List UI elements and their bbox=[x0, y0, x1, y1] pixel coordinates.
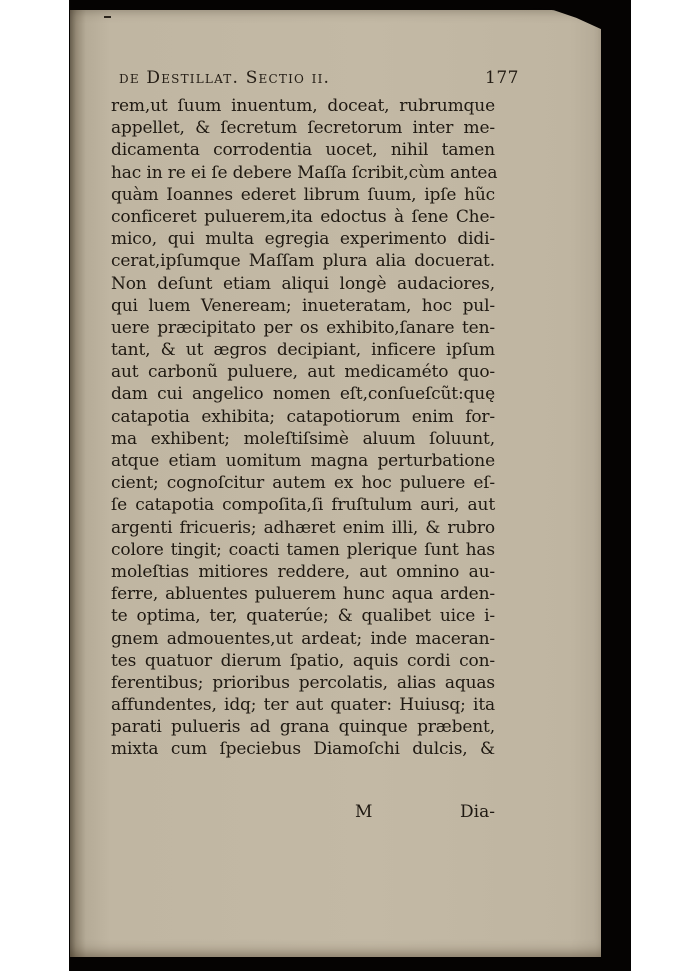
text-line: dicamenta corrodentia uocet, nihil tamen bbox=[111, 139, 495, 161]
text-line: ferre, abluentes puluerem hunc aqua arde… bbox=[111, 583, 495, 605]
running-head: de Destillat. Sectio ii. 177 bbox=[119, 68, 519, 92]
text-line: moleſtias mitiores reddere, aut omnino a… bbox=[111, 561, 495, 583]
text-line: atque etiam uomitum magna perturbatione bbox=[111, 450, 495, 472]
text-line: ſe catapotia compoſita,ſi fruſtulum auri… bbox=[111, 494, 495, 516]
text-line: ferentibus; prioribus percolatis, alias … bbox=[111, 672, 495, 694]
text-line: colore tingit; coacti tamen plerique ſun… bbox=[111, 539, 495, 561]
text-line: parati pulueris ad grana quinque præbent… bbox=[111, 716, 495, 738]
text-line: hac in re ei ſe debere Maſſa ſcribit,cùm… bbox=[111, 162, 495, 184]
text-line: ma exhibent; moleſtiſsimè aluum ſoluunt, bbox=[111, 428, 495, 450]
text-line: tant, & ut ægros decipiant, inficere ipſ… bbox=[111, 339, 495, 361]
text-line: dam cui angelico nomen eſt,conſueſcũt:qu… bbox=[111, 383, 495, 405]
ink-speck bbox=[104, 16, 111, 18]
text-line: mico, qui multa egregia experimento didi… bbox=[111, 228, 495, 250]
signature-mark: M bbox=[355, 802, 372, 822]
text-line: cerat,ipſumque Maſſam plura alia docuera… bbox=[111, 250, 495, 272]
page-footer: M Dia- bbox=[111, 802, 495, 824]
text-line: argenti fricueris; adhæret enim illi, & … bbox=[111, 517, 495, 539]
text-line: quàm Ioannes ederet librum ſuum, ipſe hũ… bbox=[111, 184, 495, 206]
text-line: cient; cognoſcitur autem ex hoc puluere … bbox=[111, 472, 495, 494]
text-line: uere præcipitato per os exhibito,ſanare … bbox=[111, 317, 495, 339]
running-head-title: de Destillat. Sectio ii. bbox=[119, 68, 330, 88]
text-line: conficeret puluerem,ita edoctus à ſene C… bbox=[111, 206, 495, 228]
folded-page-corner bbox=[533, 8, 603, 30]
body-text: rem,ut ſuum inuentum, doceat, rubrumque … bbox=[111, 95, 495, 761]
page-number: 177 bbox=[485, 68, 519, 88]
text-line: Non deſunt etiam aliqui longè audaciores… bbox=[111, 273, 495, 295]
text-line: mixta cum ſpeciebus Diamoſchi dulcis, & bbox=[111, 738, 495, 760]
text-line: gnem admouentes,ut ardeat; inde maceran- bbox=[111, 628, 495, 650]
text-line: rem,ut ſuum inuentum, doceat, rubrumque bbox=[111, 95, 495, 117]
text-line: aut carbonũ puluere, aut medicaméto quo- bbox=[111, 361, 495, 383]
text-line: catapotia exhibita; catapotiorum enim fo… bbox=[111, 406, 495, 428]
text-line: tes quatuor dierum ſpatio, aquis cordi c… bbox=[111, 650, 495, 672]
text-line: affundentes, idq; ter aut quater: Huiusq… bbox=[111, 694, 495, 716]
text-line: appellet, & ſecretum ſecretorum inter me… bbox=[111, 117, 495, 139]
catchword: Dia- bbox=[460, 802, 495, 822]
text-line: qui luem Veneream; inueteratam, hoc pul- bbox=[111, 295, 495, 317]
book-page: de Destillat. Sectio ii. 177 rem,ut ſuum… bbox=[70, 10, 601, 957]
text-line: te optima, ter, quaterúe; & qualibet uic… bbox=[111, 605, 495, 627]
